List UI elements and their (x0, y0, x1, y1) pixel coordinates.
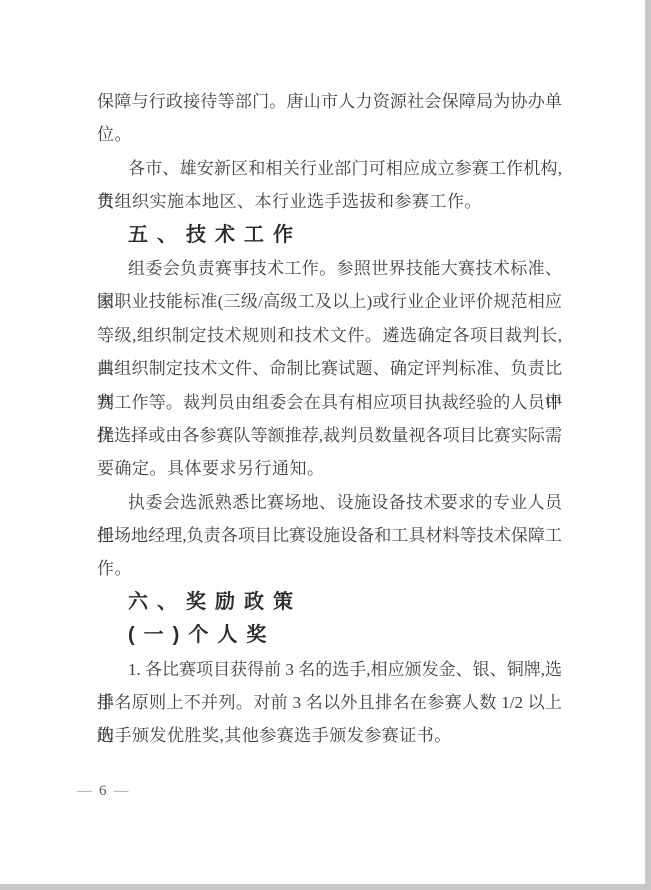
text-line: 1. 各比赛项目获得前 3 名的选手,相应颁发金、银、铜牌,选手 (97, 653, 562, 686)
document-body: 保障与行政接待等部门。唐山市人力资源社会保障局为协办单位。各市、雄安新区和相关行… (97, 85, 562, 753)
text-line: 其组织制定技术文件、命制比赛试题、确定评判标准、负责比赛评 (97, 352, 562, 385)
text-line: 选手颁发优胜奖,其他参赛选手颁发参赛证书。 (97, 719, 562, 752)
text-line: 执委会选派熟悉比赛场地、设施设备技术要求的专业人员担 (97, 486, 562, 519)
text-line: 判工作等。裁判员由组委会在具有相应项目执裁经验的人员中择 (97, 386, 562, 419)
section-heading: (一)个人奖 (97, 619, 562, 652)
text-line: 各市、雄安新区和相关行业部门可相应成立参赛工作机构,负 (97, 152, 562, 185)
page-number: 6 (99, 783, 107, 800)
text-line: 要确定。具体要求另行通知。 (97, 452, 562, 485)
text-line: 责组织实施本地区、本行业选手选拔和参赛工作。 (97, 185, 562, 218)
text-line: 家职业技能标准(三级/高级工及以上)或行业企业评价规范相应 (97, 285, 562, 318)
section-heading: 六、奖励政策 (97, 586, 562, 619)
text-line: 保障与行政接待等部门。唐山市人力资源社会保障局为协办单 (97, 85, 562, 118)
page-footer: — 6 — (77, 783, 129, 800)
text-line: 组委会负责赛事技术工作。参照世界技能大赛技术标准、国 (97, 252, 562, 285)
text-line: 等级,组织制定技术规则和技术文件。遴选确定各项目裁判长,由 (97, 319, 562, 352)
section-heading: 五、技术工作 (97, 219, 562, 252)
text-line: 作。 (97, 552, 562, 585)
text-line: 任场地经理,负责各项目比赛设施设备和工具材料等技术保障工 (97, 519, 562, 552)
footer-right-dash: — (114, 783, 129, 800)
text-line: 位。 (97, 118, 562, 151)
text-line: 优选择或由各参赛队等额推荐,裁判员数量视各项目比赛实际需 (97, 419, 562, 452)
text-line: 排名原则上不并列。对前 3 名以外且排名在参赛人数 1/2 以上的 (97, 686, 562, 719)
footer-left-dash: — (77, 783, 92, 800)
document-page: 保障与行政接待等部门。唐山市人力资源社会保障局为协办单位。各市、雄安新区和相关行… (0, 0, 651, 890)
